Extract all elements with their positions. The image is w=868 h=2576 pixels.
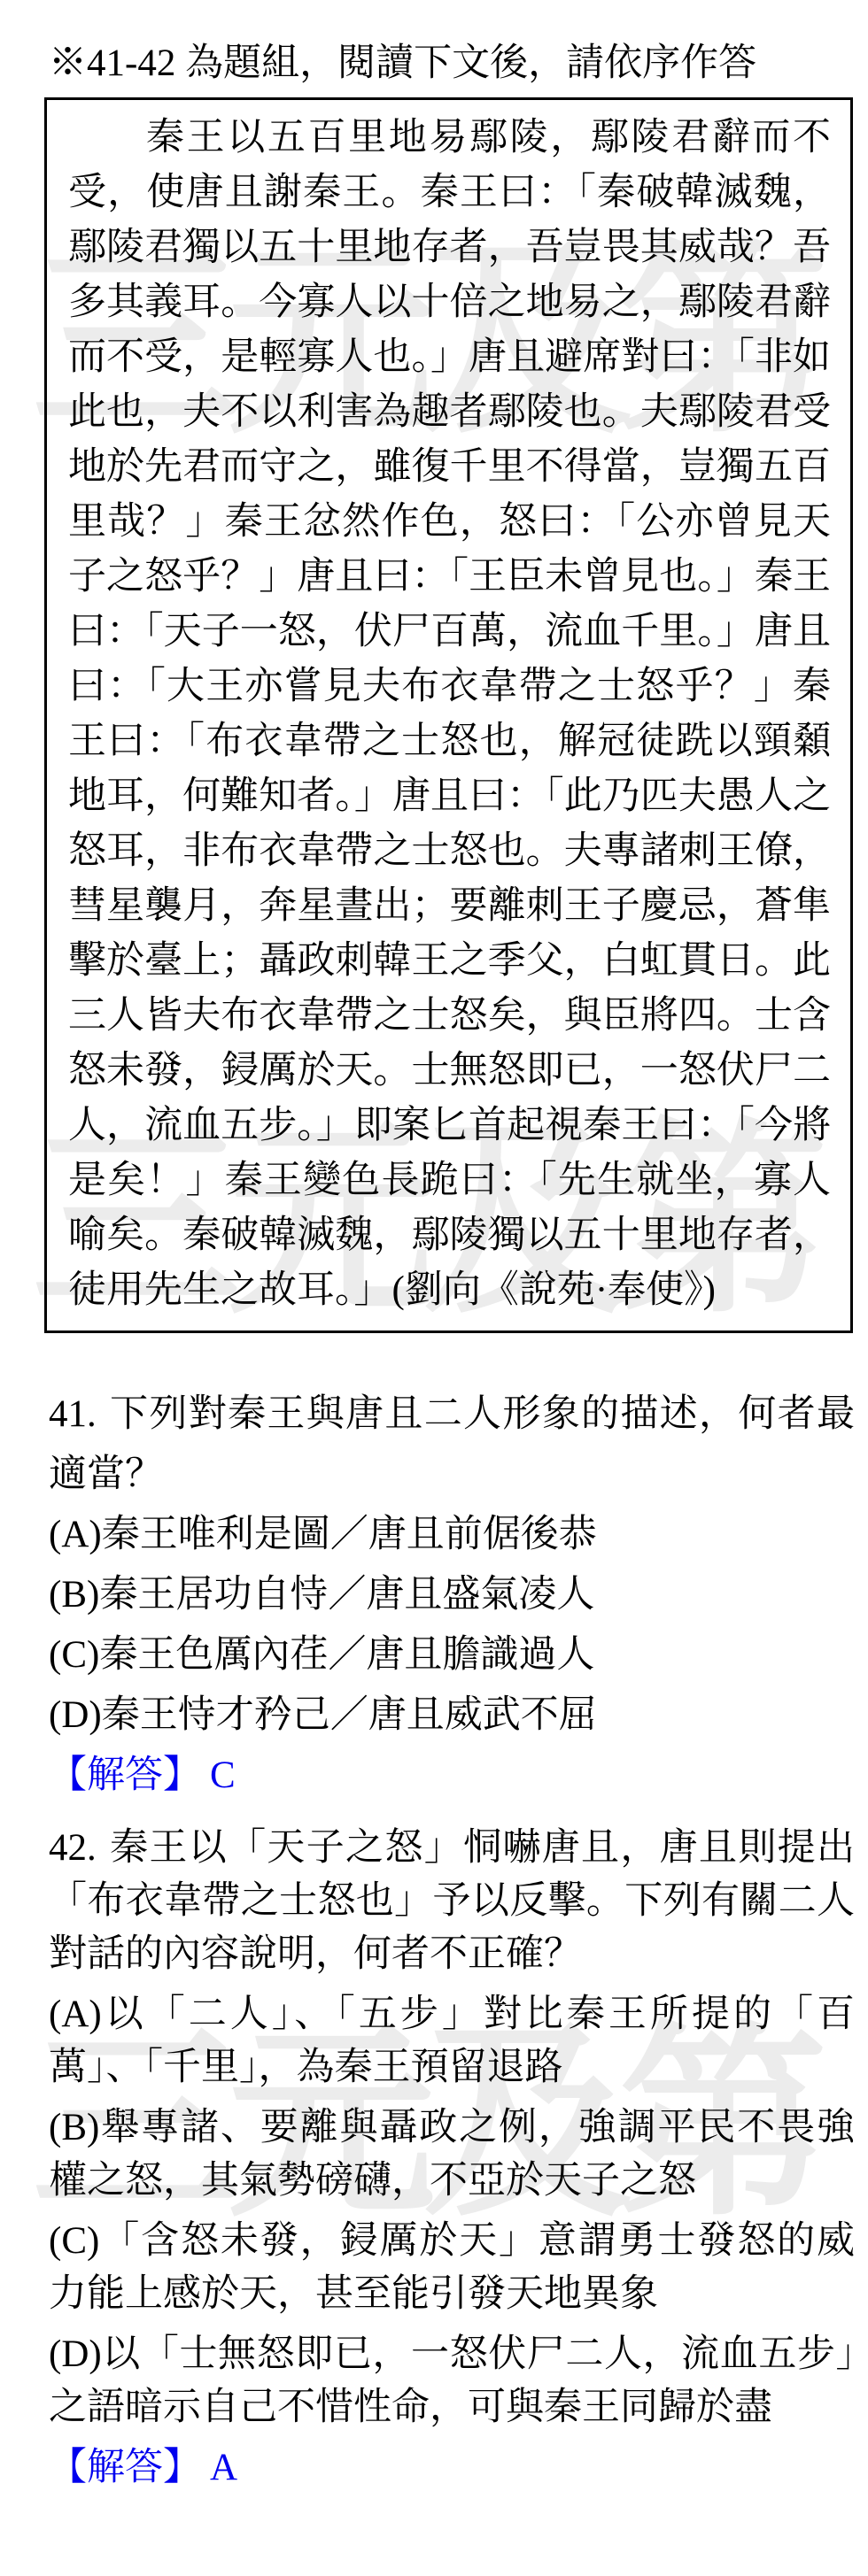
question-41-option-c: (C)秦王色厲內荏／唐且膽識過人 bbox=[49, 1625, 855, 1685]
option-c-text: 「含怒未發，鋟厲於天」意謂勇士發怒的威力能上感於天，甚至能引發天地異象 bbox=[49, 2220, 855, 2315]
question-41-stem-text: 下列對秦王與唐且二人形象的描述，何者最適當？ bbox=[49, 1393, 855, 1495]
option-d-text: 秦王恃才矜己／唐且威武不屈 bbox=[102, 1694, 597, 1736]
passage-text: 秦王以五百里地易鄢陵，鄢陵君辭而不受，使唐且謝秦王。秦王曰：「秦破韓滅魏，鄢陵君… bbox=[68, 111, 831, 1318]
question-42-answer: 【解答】A bbox=[49, 2441, 855, 2495]
question-group-header: ※41-42 為題組，閱讀下文後，請依序作答 bbox=[49, 41, 855, 87]
question-41-option-a: (A)秦王唯利是圖／唐且前倨後恭 bbox=[49, 1505, 855, 1565]
option-a-label: (A) bbox=[49, 1514, 102, 1555]
option-b-label: (B) bbox=[49, 1574, 99, 1616]
question-42-number: 42. bbox=[49, 1827, 97, 1869]
option-c-label: (C) bbox=[49, 1634, 99, 1676]
question-41-answer: 【解答】C bbox=[49, 1746, 855, 1806]
option-d-text: 以「士無怒即已，一怒伏尸二人，流血五步」之語暗示自己不惜性命，可與秦王同歸於盡 bbox=[49, 2333, 855, 2428]
question-41-option-d: (D)秦王恃才矜己／唐且威武不屈 bbox=[49, 1685, 855, 1746]
passage-box: 秦王以五百里地易鄢陵，鄢陵君辭而不受，使唐且謝秦王。秦王曰：「秦破韓滅魏，鄢陵君… bbox=[44, 97, 853, 1333]
option-b-text: 秦王居功自恃／唐且盛氣凌人 bbox=[99, 1574, 594, 1616]
question-42-option-d: (D)以「士無怒即已，一怒伏尸二人，流血五步」之語暗示自己不惜性命，可與秦王同歸… bbox=[49, 2328, 855, 2434]
question-42-stem: 42.秦王以「天子之怒」恫嚇唐且，唐且則提出「布衣韋帶之士怒也」予以反擊。下列有… bbox=[49, 1822, 855, 1981]
option-b-label: (B) bbox=[49, 2107, 99, 2148]
answer-label: 【解答】 bbox=[49, 1755, 201, 1796]
option-b-text: 舉專諸、要離與聶政之例，強調平民不畏強權之怒，其氣勢磅礴，不亞於天子之怒 bbox=[49, 2107, 855, 2202]
question-41-number: 41. bbox=[49, 1393, 97, 1435]
option-d-label: (D) bbox=[49, 2333, 102, 2375]
question-42-option-b: (B)舉專諸、要離與聶政之例，強調平民不畏強權之怒，其氣勢磅礴，不亞於天子之怒 bbox=[49, 2102, 855, 2208]
answer-letter: A bbox=[210, 2447, 237, 2488]
question-42-option-a: (A)以「二人」、「五步」對比秦王所提的「百萬」、「千里」，為秦王預留退路 bbox=[49, 1988, 855, 2094]
question-41: 41.下列對秦王與唐且二人形象的描述，何者最適當？ (A)秦王唯利是圖／唐且前倨… bbox=[49, 1384, 855, 1806]
option-c-label: (C) bbox=[49, 2220, 99, 2262]
option-a-text: 以「二人」、「五步」對比秦王所提的「百萬」、「千里」，為秦王預留退路 bbox=[49, 1994, 855, 2088]
question-42-stem-text: 秦王以「天子之怒」恫嚇唐且，唐且則提出「布衣韋帶之士怒也」予以反擊。下列有關二人… bbox=[49, 1827, 855, 1975]
option-a-text: 秦王唯利是圖／唐且前倨後恭 bbox=[102, 1514, 597, 1555]
question-41-stem: 41.下列對秦王與唐且二人形象的描述，何者最適當？ bbox=[49, 1384, 855, 1505]
answer-label: 【解答】 bbox=[49, 2447, 201, 2488]
question-42-option-c: (C)「含怒未發，鋟厲於天」意謂勇士發怒的威力能上感於天，甚至能引發天地異象 bbox=[49, 2215, 855, 2321]
question-41-option-b: (B)秦王居功自恃／唐且盛氣凌人 bbox=[49, 1565, 855, 1625]
option-a-label: (A) bbox=[49, 1994, 102, 2035]
page-content: ※41-42 為題組，閱讀下文後，請依序作答 秦王以五百里地易鄢陵，鄢陵君辭而不… bbox=[0, 0, 868, 2495]
exam-page: { "header": { "text": "※41-42 為題組，閱讀下文後，… bbox=[0, 0, 868, 2576]
question-42: 42.秦王以「天子之怒」恫嚇唐且，唐且則提出「布衣韋帶之士怒也」予以反擊。下列有… bbox=[49, 1822, 855, 2495]
answer-letter: C bbox=[210, 1755, 236, 1796]
option-c-text: 秦王色厲內荏／唐且膽識過人 bbox=[99, 1634, 594, 1676]
option-d-label: (D) bbox=[49, 1694, 102, 1736]
